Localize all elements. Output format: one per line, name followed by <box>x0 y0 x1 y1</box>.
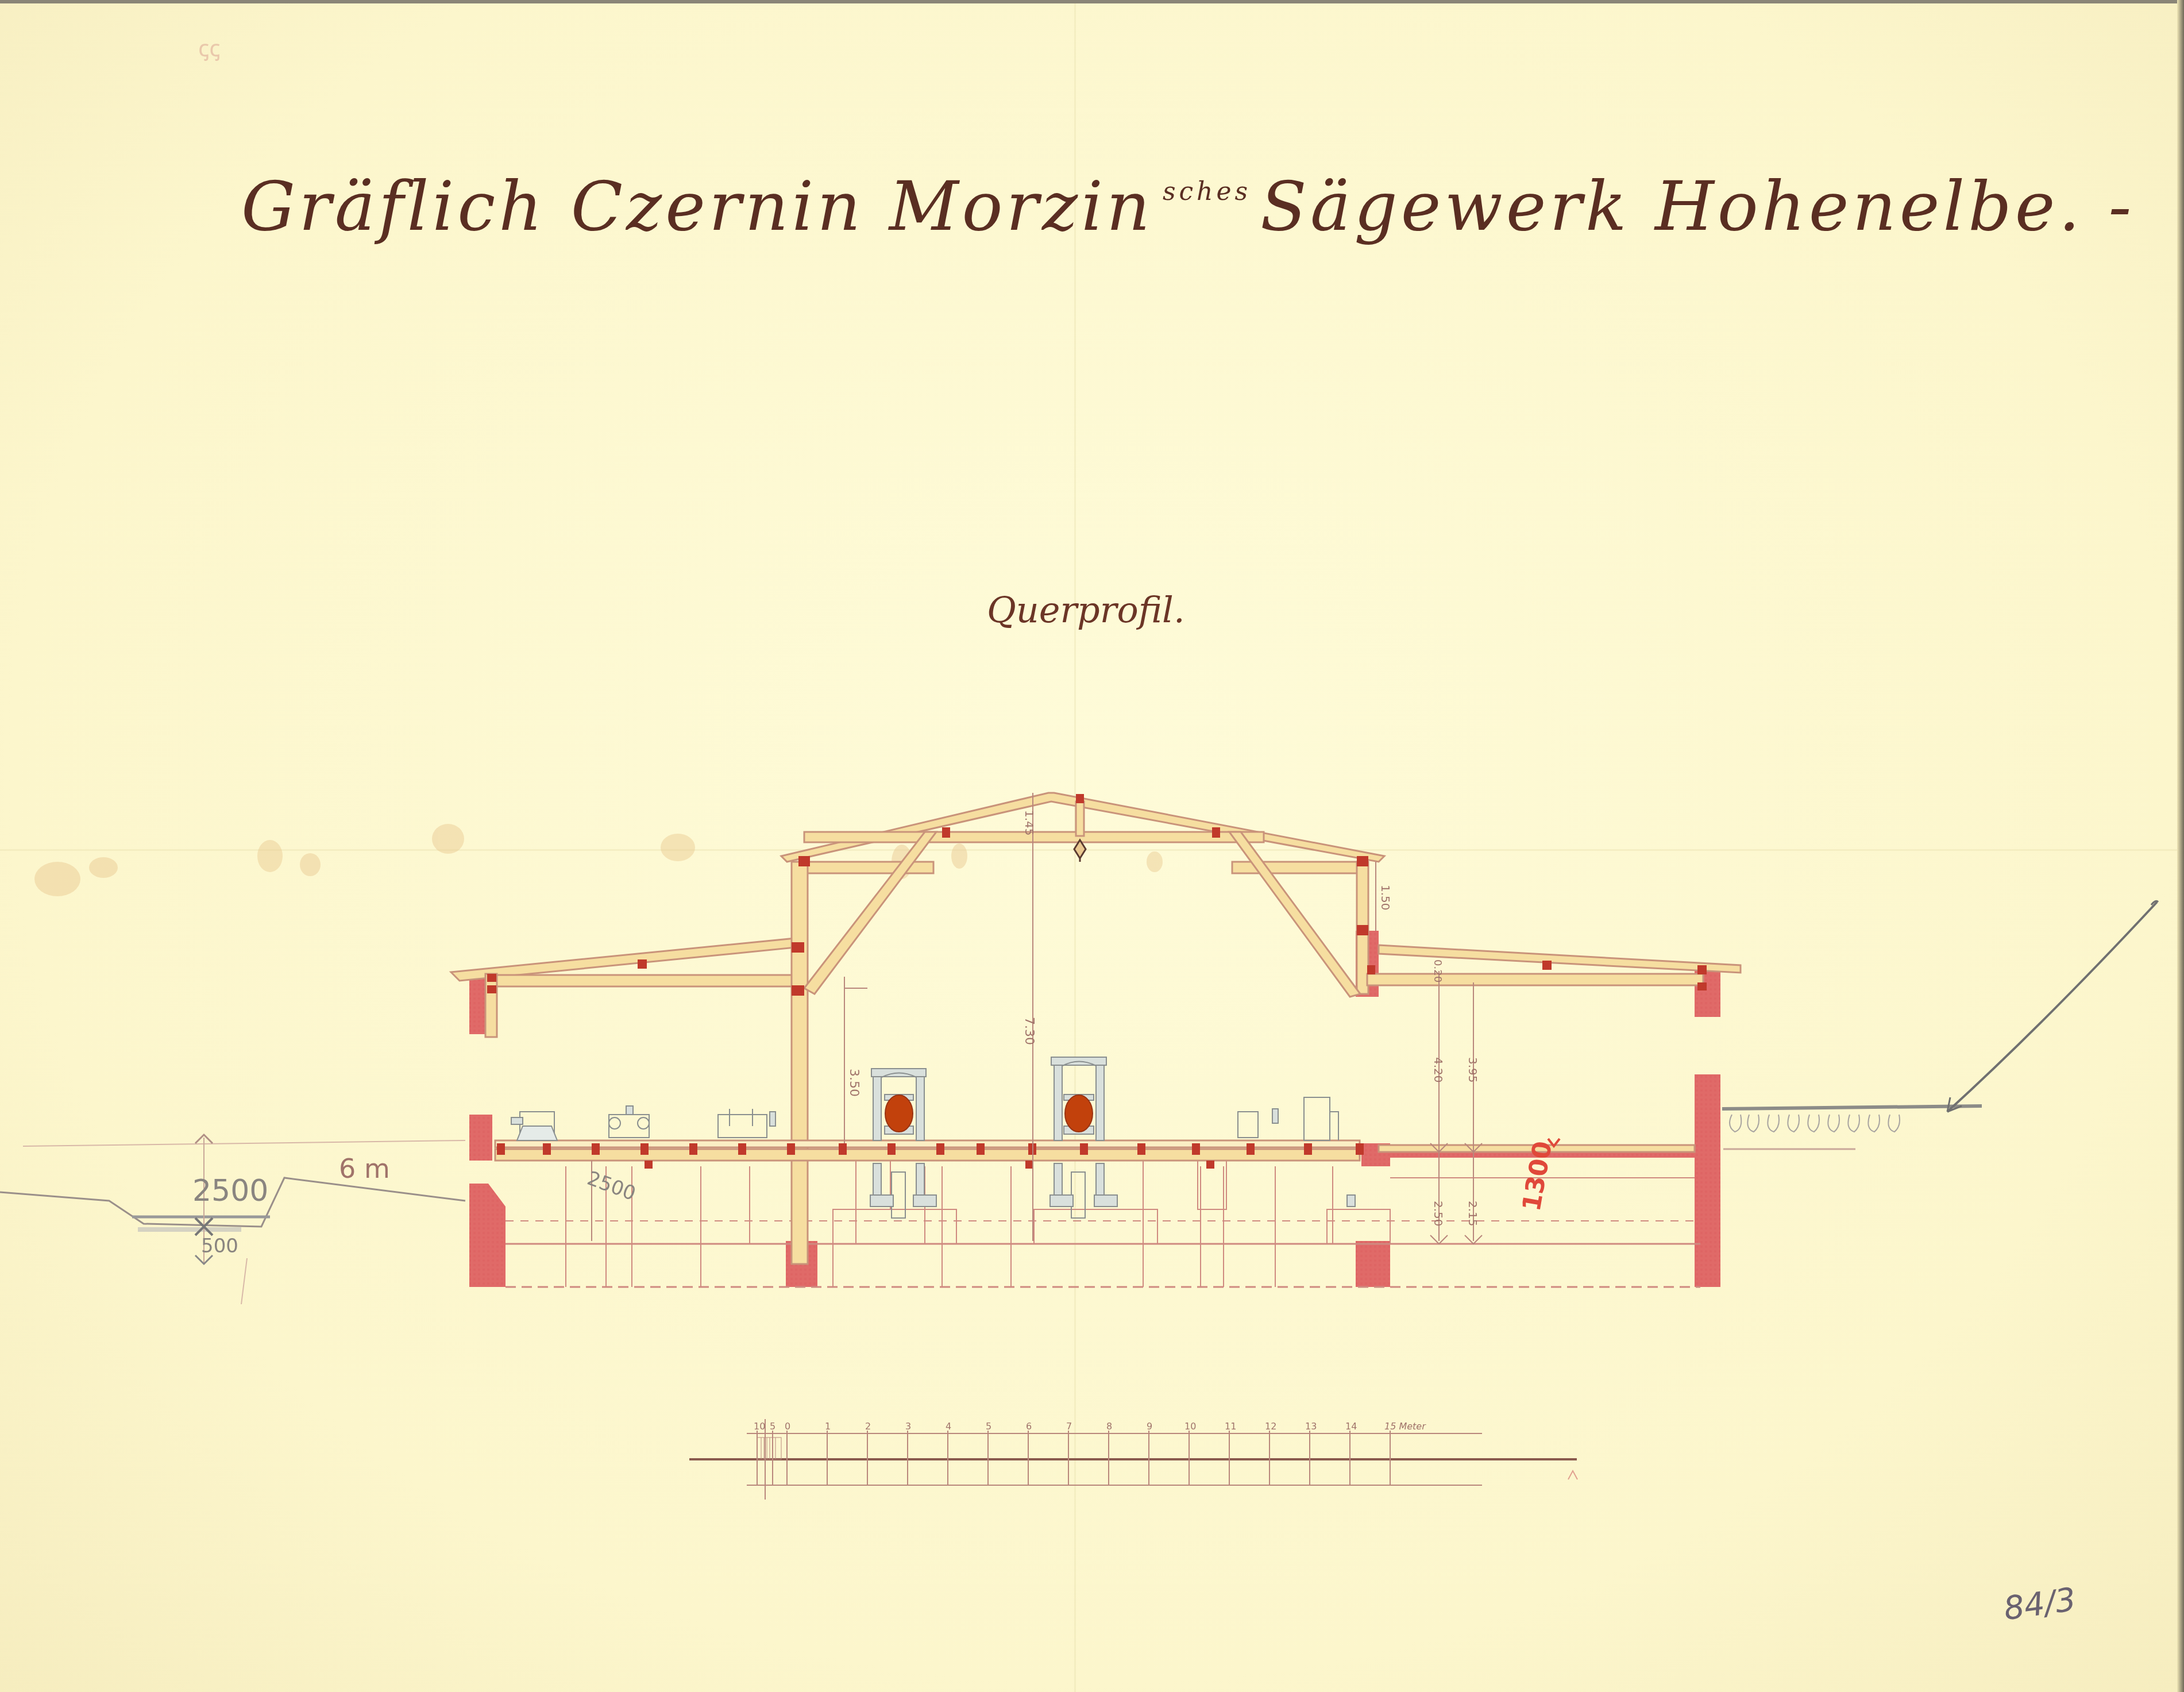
dim-right-basement-a: 2.50 <box>1431 1201 1445 1227</box>
channel-width-label: 6 m <box>339 1153 390 1184</box>
scale-tick: 14 <box>1345 1421 1357 1432</box>
saw-machinery <box>511 1057 1355 1218</box>
dimension-lines <box>592 793 1482 1244</box>
embankment <box>1722 1106 1982 1149</box>
bench-saw <box>718 1109 775 1138</box>
gear-box <box>1347 1195 1355 1207</box>
scale-tick: 0 <box>785 1421 790 1432</box>
channel-water-label: 500 <box>201 1235 238 1258</box>
dim-left-wing-height: 3.50 <box>847 1069 861 1097</box>
scale-tick: 13 <box>1305 1421 1317 1432</box>
scale-tick: 10 <box>754 1421 765 1432</box>
dim-right-basement-b: 2.15 <box>1466 1201 1480 1227</box>
pencil-arrow-icon <box>1947 901 2158 1112</box>
circular-saw <box>1238 1109 1278 1138</box>
dim-right-wing-a: 4.20 <box>1431 1057 1445 1083</box>
dim-ridge-height: 1.45 <box>1022 810 1036 836</box>
scale-tick: 11 <box>1225 1421 1236 1432</box>
planing-machine-2 <box>609 1106 649 1138</box>
dim-center-height: 7.30 <box>1022 1017 1036 1045</box>
scale-tick: 9 <box>1147 1421 1152 1432</box>
dim-right-wing-b: 3.95 <box>1466 1057 1480 1083</box>
scale-tick: 4 <box>946 1421 951 1432</box>
dim-basement-left: 2500 <box>584 1167 639 1205</box>
scale-tick: 1 <box>825 1421 831 1432</box>
scale-tick: 6 <box>1026 1421 1032 1432</box>
cross-section-drawing: 2500 500 6 m <box>0 0 2184 1692</box>
gang-saw-2 <box>1050 1057 1117 1218</box>
scale-tick: 12 <box>1265 1421 1276 1432</box>
scale-tick: 2 <box>865 1421 871 1432</box>
scale-tick: 5 <box>770 1421 775 1432</box>
scale-unit-label: 15 Meter <box>1384 1421 1426 1432</box>
dim-right-roof: 0.20 <box>1431 959 1444 982</box>
scale-tick: 10 <box>1184 1421 1196 1432</box>
scale-tick: 8 <box>1106 1421 1112 1432</box>
water-channel <box>0 1135 465 1304</box>
scale-tick: 7 <box>1066 1421 1072 1432</box>
planing-machine-1 <box>511 1112 557 1140</box>
hoist-hook-icon <box>1074 840 1086 862</box>
dim-clerestory: 1.50 <box>1379 885 1392 911</box>
scale-tick: 5 <box>986 1421 991 1432</box>
scale-bar-labels: 10 5 0 1 2 3 4 5 6 7 8 9 10 11 12 13 14 … <box>754 1421 1426 1432</box>
scale-tick: 3 <box>905 1421 911 1432</box>
scale-bar <box>689 1419 1577 1500</box>
channel-height-label: 2500 <box>192 1174 268 1208</box>
edger-machine <box>1304 1097 1338 1140</box>
